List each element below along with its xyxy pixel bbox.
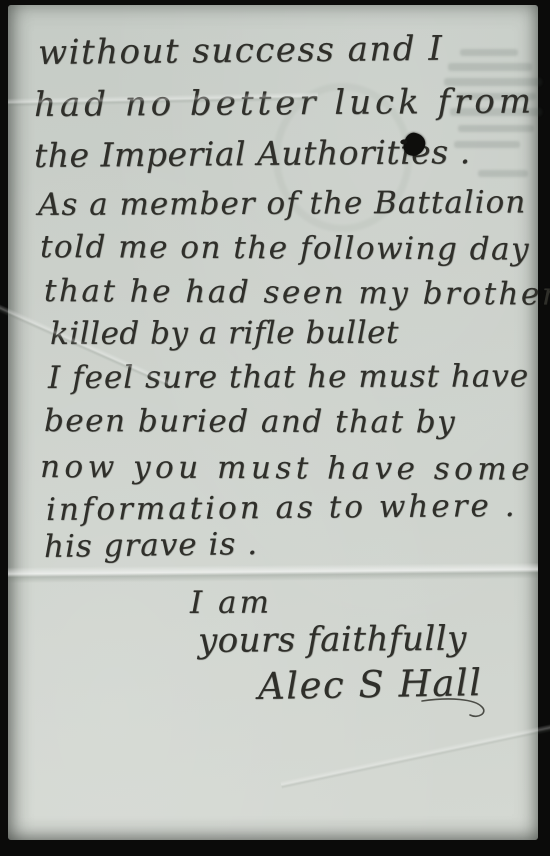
handwritten-line: information as to where .	[46, 488, 518, 528]
bleed-through-row	[478, 170, 528, 177]
letter-paper: without success and Ihad no better luck …	[8, 5, 538, 840]
handwritten-line: without success and I	[38, 29, 444, 73]
handwritten-line: that he had seen my brother	[44, 273, 550, 313]
handwritten-line: As a member of the Battalion	[38, 184, 526, 223]
bleed-through-row	[448, 63, 532, 71]
fold-crease	[8, 563, 538, 584]
handwritten-line: been buried and that by	[44, 403, 456, 440]
fold-crease	[280, 719, 550, 789]
handwritten-line: I feel sure that he must have	[48, 358, 529, 396]
handwritten-line: his grave is .	[44, 526, 259, 565]
scanned-letter-image: without success and Ihad no better luck …	[0, 0, 550, 856]
handwritten-line: had no better luck from	[34, 82, 535, 125]
handwritten-line: killed by a rifle bullet	[50, 315, 399, 352]
bleed-through-row	[458, 125, 534, 132]
signature-flourish	[420, 695, 500, 721]
handwritten-line: yours faithfully	[198, 619, 467, 661]
bleed-through-row	[460, 49, 518, 56]
handwritten-line: I am	[190, 585, 272, 621]
handwritten-line: now you must have some	[40, 449, 534, 488]
handwritten-line: told me on the following day	[40, 229, 530, 268]
